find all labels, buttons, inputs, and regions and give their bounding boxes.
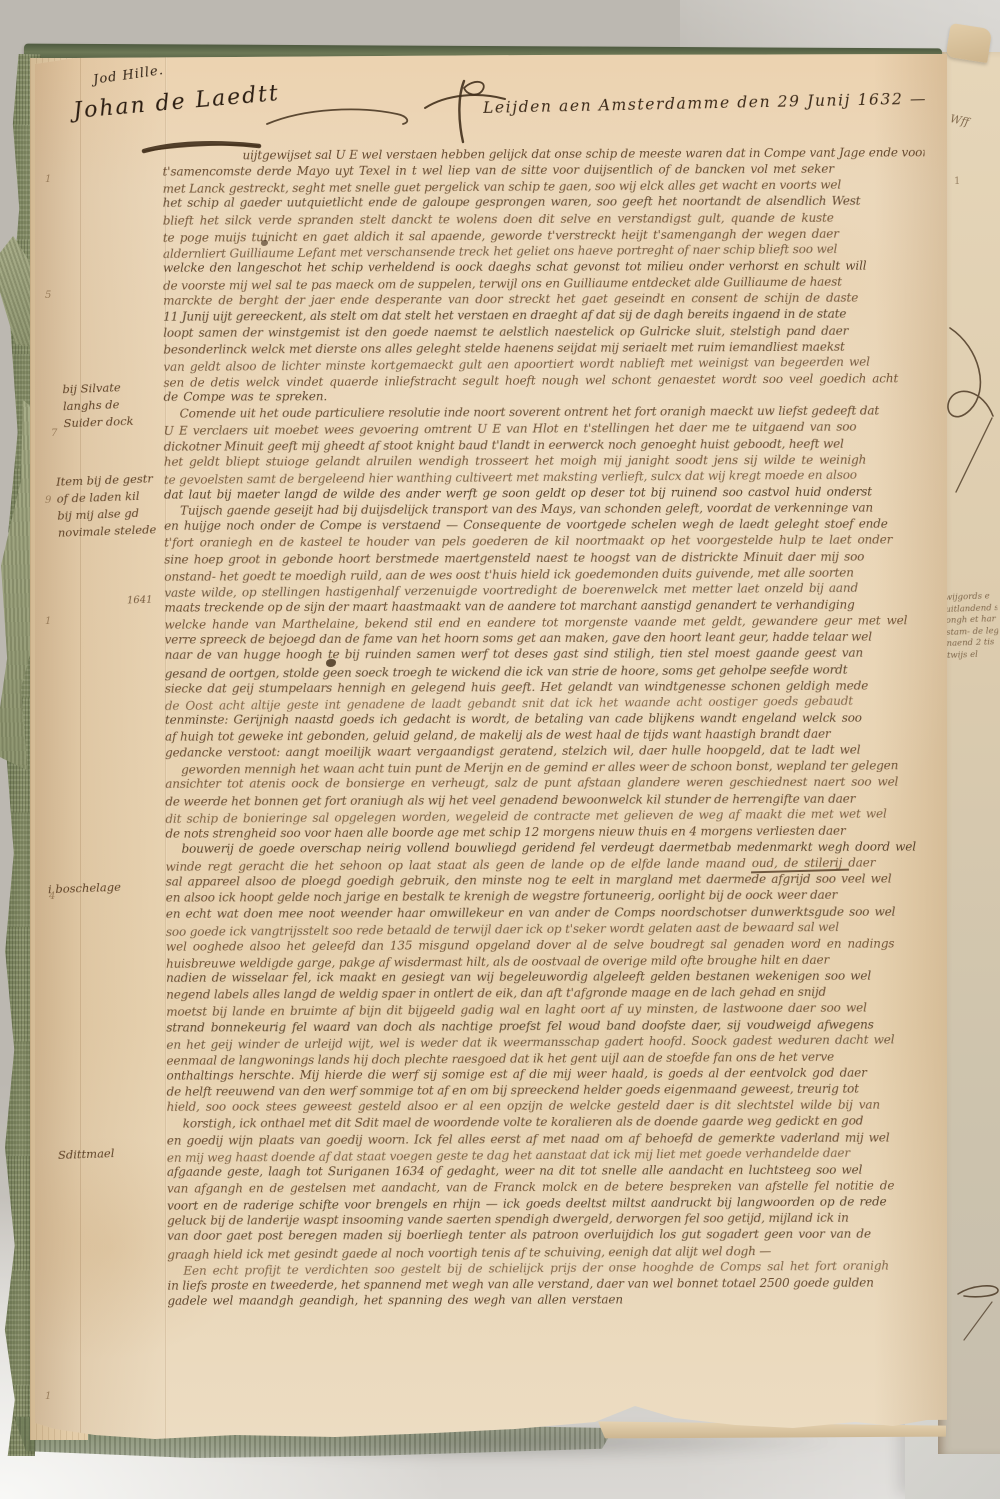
dateline-heading: Leijden aen Amsterdamme den 29 Junij 163… (483, 89, 953, 117)
margin-note-line: Item bij de gestr (56, 470, 155, 490)
edge-numeral: 1 (45, 1391, 51, 1402)
archival-inscription: Jod Hille. (92, 63, 165, 88)
margin-note-line: Suider dock (63, 413, 134, 432)
next-page-edge: Wff 1 wijgords euitlandend stongh et har… (938, 52, 1000, 1454)
ink-swash (265, 106, 415, 132)
name-inscription: Johan de Laedtt (72, 81, 281, 124)
edge-numeral: 1 (45, 616, 51, 627)
marginal-note-fragment: wijgords euitlandend stongh et harstam- … (945, 591, 999, 662)
edge-numeral: 5 (45, 290, 51, 301)
edge-numeral: 9 (45, 495, 51, 506)
manuscript-page: Jod Hille. Johan de Laedtt Leijden aen A… (35, 54, 947, 1442)
manuscript-line: naar de van hugge hoogh te bij ruinden s… (165, 645, 927, 663)
fragment-line: naend 2 tis (946, 637, 998, 650)
edge-numeral: 7 (51, 428, 57, 439)
edge-numeral: 1 (954, 176, 960, 187)
photograph: Wff 1 wijgords euitlandend stongh et har… (0, 0, 1000, 1499)
page-corner-flap (946, 23, 993, 63)
paper-crease (80, 54, 81, 1442)
manuscript-body: uijtgewijset sal U E wel verstaen hebben… (162, 144, 929, 1309)
margin-note: Sdittmael (58, 1145, 115, 1164)
manuscript-line: gadele wel maandgh geandigh, het spannin… (167, 1290, 929, 1308)
edge-numeral: 1 (45, 174, 51, 185)
edge-numeral: 4 (49, 891, 55, 902)
fragment-line: twijs el (947, 649, 999, 662)
pen-squiggle: Wff (949, 112, 970, 129)
pen-flourish-large (938, 320, 1000, 500)
margin-note: bij Silvatelanghs deSuider dock (62, 379, 134, 432)
margin-note-line: novimale stelede (58, 521, 157, 541)
margin-note-year: 1641 (127, 592, 153, 610)
pen-flourish-lower (956, 1280, 1000, 1344)
margin-note: i boschelage (48, 879, 121, 899)
manuscript-line: van door gaet post beregen maden sij boe… (167, 1226, 929, 1244)
margin-note: Item bij de gestrof de laden kilbij mij … (56, 470, 157, 541)
